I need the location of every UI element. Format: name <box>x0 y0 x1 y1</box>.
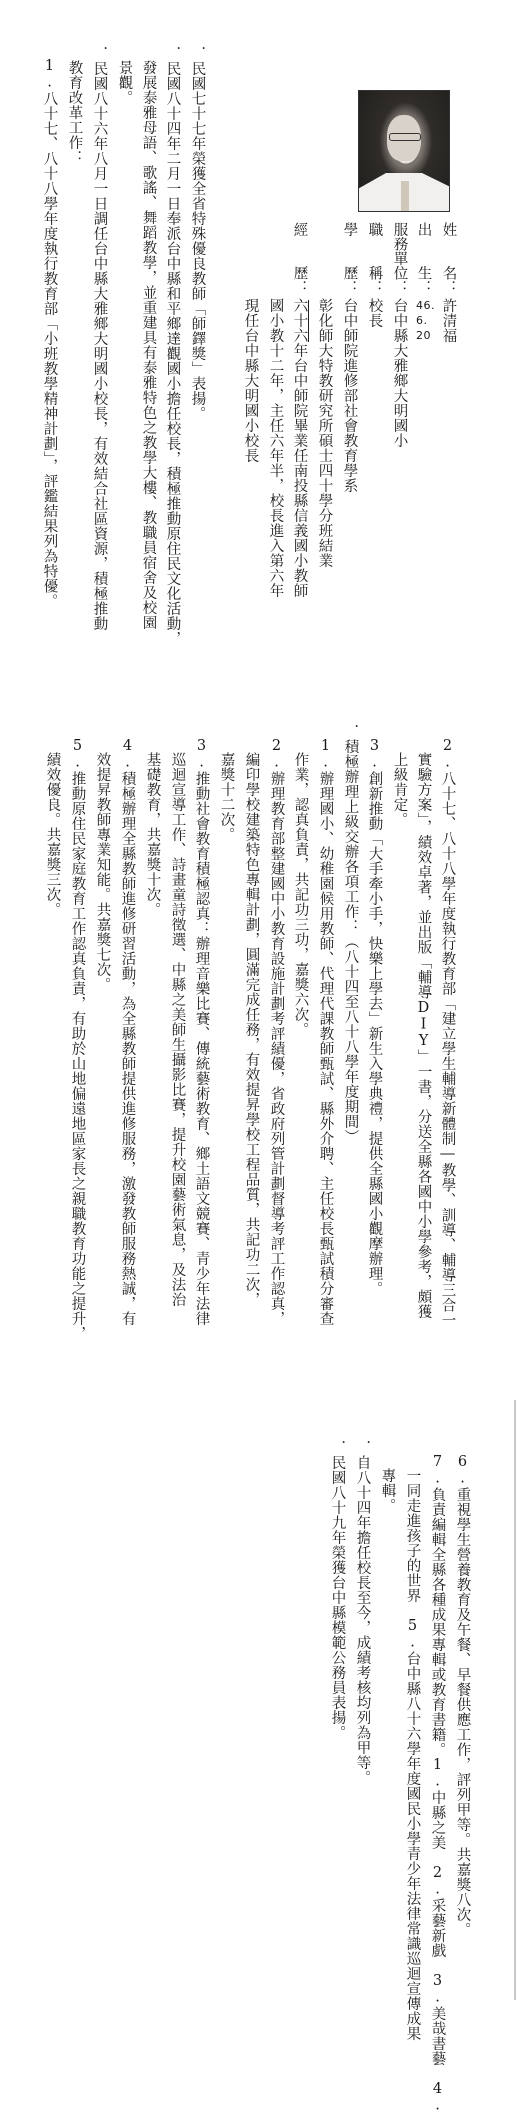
profile-birth-label: 出 生： <box>416 222 431 295</box>
task-2-end: 嘉獎十二次。 <box>219 752 234 842</box>
profile-unit-label: 服務單位： <box>392 222 407 295</box>
award-item-2-end: 景觀。 <box>117 60 132 105</box>
section-achievements: 2.八十七、八十八學年度執行教育部「建立學生輔導新體制―教學、訓導、輔導三合一 … <box>0 680 518 1380</box>
award-item-3-sub1: 1.八十七、八十八學年度執行教育部「小班教學精神計劃」，評鑑結果列為特優。 <box>42 58 57 609</box>
profile-experience-value-2: 國小教十二年，主任六年半，校長進入第六年 <box>268 298 283 598</box>
task-5-cont: 績效優良。共嘉獎三次。 <box>45 752 60 917</box>
profile-title-value: 校長 <box>367 298 382 328</box>
award-item-2-cont: 發展泰雅母語、歌謠、舞蹈教學，並重建具有泰雅特色之教學大樓、教職員宿舍及校園 <box>141 60 156 630</box>
profile-unit-value: 台中縣大雅鄉大明國小 <box>392 298 407 448</box>
profile-name-label: 姓 名： <box>441 222 456 295</box>
task-4-cont: 效提昇教師專業知能。共嘉獎七次。 <box>95 752 110 992</box>
award-item-3: ．民國八十六年八月一日調任台中縣大雅鄉大明國小校長，有效結合社區資源，積極推動 <box>92 46 107 631</box>
task-4: 4.積極辦理全縣教師進修研習活動，為全縣教師提供進修服務，激發教師服務熱誠，有 <box>120 738 135 1326</box>
section-more-achievements: 6.重視學生營養教育及午餐、早餐供應工作，評列甲等。共嘉獎八次。 7.負責編輯全… <box>0 1380 518 2126</box>
achievement-2-end: 上級肯定。 <box>392 752 407 827</box>
task-3-cont: 巡迴宣導工作、詩畫童詩徵選、中縣之美師生攝影比賽，提升校園藝術氣息，及法治 <box>170 752 185 1307</box>
task-1: 1.辦理國小、幼稚園候用教師、代理代課教師甄試、縣外介聘、主任校長甄試積分審查 <box>318 738 333 1326</box>
task-6: 6.重視學生營養教育及午餐、早餐供應工作，評列甲等。共嘉獎八次。 <box>455 1454 470 1937</box>
section-profile: 姓 名： 許清福 出 生： 46.6.20 服務單位： 台中縣大雅鄉大明國小 職… <box>0 0 518 680</box>
profile-education-value: 台中師院進修部社會教育學系 <box>342 298 357 493</box>
award-item-3-cont: 教育改革工作： <box>67 60 82 165</box>
task-7-cont: 一同走進孩子的世界 5.台中縣八十六學年度國民小學青少年法律常識巡迴宣傳成果 <box>405 1468 420 2041</box>
tie-shape <box>401 181 409 211</box>
profile-birth-value: 46.6.20 <box>416 298 432 343</box>
profile-title-label: 職 稱： <box>367 222 382 295</box>
portrait-photo <box>358 90 450 212</box>
achievement-3: 3.創新推動「大手牽小手，快樂上學去」新生入學典禮，提供全縣國小觀摩辦理。 <box>367 738 382 1296</box>
award-item-1: ．民國七十七年榮獲全省特殊優良教師「師鐸獎」表揚。 <box>190 46 205 421</box>
task-3-end: 基礎教育，共嘉獎十次。 <box>145 752 160 917</box>
profile-experience-label: 經 歷： <box>292 222 307 295</box>
profile-experience-value-3: 現任台中縣大明國小校長 <box>243 298 258 463</box>
page-edge-line <box>514 1400 516 2000</box>
bracket-line <box>308 300 309 342</box>
profile-experience-value: 六十六年台中師院畢業任南投縣信義國小教師 <box>292 298 307 598</box>
profile-education-value-2: 彰化師大特教研究所碩士四十學分班結業 <box>317 298 332 568</box>
evaluation-note: ．自八十四年擔任校長至今，成績考核均列為甲等。 <box>355 1440 370 1785</box>
model-civil-servant-note: ．民國八十九年榮獲台中縣模範公務員表揚。 <box>330 1440 345 1740</box>
achievement-2: 2.八十七、八十八學年度執行教育部「建立學生輔導新體制―教學、訓導、輔導三合一 <box>440 738 455 1328</box>
task-3: 3.推動社會教育積極認真：辦理音樂比賽、傳統藝術教育、鄉土語文競賽、青少年法律 <box>194 738 209 1326</box>
task-heading: ．積極辦理上級交辦各項工作：（八十四至八十八學年度期間） <box>343 724 358 1144</box>
task-1-cont: 作業，認真負責，共記功三功，嘉獎六次。 <box>293 752 308 1037</box>
task-7: 7.負責編輯全縣各種成果專輯或教育書籍。1.中縣之美 2.采藝新戲 3.美哉書藝… <box>430 1454 445 2114</box>
task-7-end: 專輯。 <box>380 1468 395 1513</box>
task-5: 5.推動原住民家庭教育工作認真負責，有助於山地偏遠地區家長之親職教育功能之提升， <box>70 738 85 1341</box>
achievement-2-cont: 實驗方案」，績效卓著，並出版「輔導DIY」一書，分送全縣各國中小學參考，頗獲 <box>416 752 431 1319</box>
glasses-shape <box>389 133 421 141</box>
profile-name-value: 許清福 <box>441 298 456 343</box>
task-2: 2.辦理教育部整建國中小教育設施計劃考評績優，省政府列管計劃督導考評工作認真， <box>269 738 284 1326</box>
task-2-cont: 編印學校建築特色專輯計劃，圓滿完成任務，有效提昇學校工程品質，共記功二次， <box>244 752 259 1307</box>
profile-education-label: 學 歷： <box>342 222 357 295</box>
award-item-2: ．民國八十四年二月一日奉派台中縣和平鄉達觀國小擔任校長，積極推動原住民文化活動， <box>165 46 180 646</box>
